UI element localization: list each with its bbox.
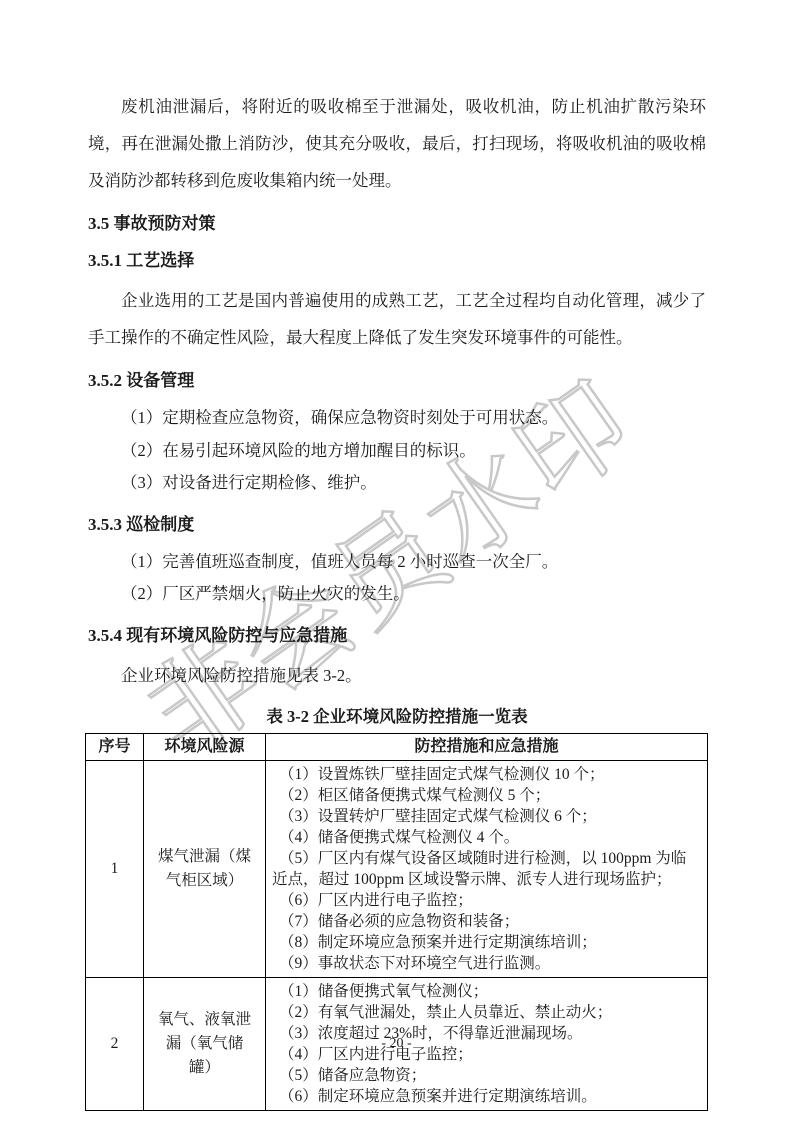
section-3-5-1-paragraph: 企业选用的工艺是国内普遍使用的成熟工艺，工艺全过程均自动化管理，减少了手工操作的…: [88, 282, 706, 356]
measure-item: （5）厂区内有煤气设备区域随时进行检测，以 100ppm 为临 近点，超过 10…: [272, 848, 695, 890]
section-heading-3-5-3: 3.5.3 巡检制度: [88, 513, 706, 537]
column-header-measures: 防控措施和应急措施: [266, 733, 708, 760]
measure-item: （2）有氧气泄漏处，禁止人员靠近、禁止动火；: [272, 1002, 695, 1023]
list-item: （2）在易引起环境风险的地方增加醒目的标识。: [88, 435, 706, 468]
table-title: 表 3-2 企业环境风险防控措施一览表: [88, 706, 706, 728]
column-header-no: 序号: [86, 733, 144, 760]
document-page: 非会员水印 废机油泄漏后，将附近的吸收棉至于泄漏处，吸收机油，防止机油扩散污染环…: [0, 0, 793, 1122]
list-item: （3）对设备进行定期检修、维护。: [88, 467, 706, 500]
page-number: - 20 -: [0, 1036, 793, 1052]
risk-measures-table: 序号 环境风险源 防控措施和应急措施 1 煤气泄漏（煤 气柜区域） （1）设置炼…: [85, 733, 708, 1111]
measure-item: （9）事故状态下对环境空气进行监测。: [272, 953, 695, 974]
measure-item: （3）设置转炉厂壁挂固定式煤气检测仪 6 个；: [272, 806, 695, 827]
measure-item: （7）储备必须的应急物资和装备；: [272, 911, 695, 932]
section-heading-3-5-4: 3.5.4 现有环境风险防控与应急措施: [88, 624, 706, 648]
measure-item: （1）设置炼铁厂壁挂固定式煤气检测仪 10 个；: [272, 764, 695, 785]
row-measures: （1）设置炼铁厂壁挂固定式煤气检测仪 10 个； （2）柜区储备便携式煤气检测仪…: [266, 760, 708, 977]
table-header-row: 序号 环境风险源 防控措施和应急措施: [86, 733, 708, 760]
measure-item: （5）储备应急物资；: [272, 1065, 695, 1086]
measure-item: （1）储备便携式氧气检测仪；: [272, 981, 695, 1002]
measure-item: （4）储备便携式煤气检测仪 4 个。: [272, 827, 695, 848]
column-header-source: 环境风险源: [144, 733, 266, 760]
intro-paragraph: 废机油泄漏后，将附近的吸收棉至于泄漏处，吸收机油，防止机油扩散污染环境，再在泄漏…: [88, 88, 706, 199]
table-row: 1 煤气泄漏（煤 气柜区域） （1）设置炼铁厂壁挂固定式煤气检测仪 10 个； …: [86, 760, 708, 977]
section-heading-3-5-2: 3.5.2 设备管理: [88, 369, 706, 393]
row-risk-source: 煤气泄漏（煤 气柜区域）: [144, 760, 266, 977]
measure-item: （6）厂区内进行电子监控；: [272, 890, 695, 911]
measure-item: （2）柜区储备便携式煤气检测仪 5 个；: [272, 785, 695, 806]
list-item: （2）厂区严禁烟火，防止火灾的发生。: [88, 578, 706, 611]
section-3-5-4-paragraph: 企业环境风险防控措施见表 3-2。: [88, 657, 706, 694]
row-no: 1: [86, 760, 144, 977]
page-content: 废机油泄漏后，将附近的吸收棉至于泄漏处，吸收机油，防止机油扩散污染环境，再在泄漏…: [88, 88, 706, 1111]
measure-item: （8）制定环境应急预案并进行定期演练培训；: [272, 932, 695, 953]
measure-item: （6）制定环境应急预案并进行定期演练培训。: [272, 1086, 695, 1107]
section-heading-3-5-1: 3.5.1 工艺选择: [88, 249, 706, 273]
section-heading-3-5: 3.5 事故预防对策: [88, 212, 706, 236]
list-item: （1）定期检查应急物资，确保应急物资时刻处于可用状态。: [88, 402, 706, 435]
list-item: （1）完善值班巡查制度，值班人员每 2 小时巡查一次全厂。: [88, 546, 706, 579]
